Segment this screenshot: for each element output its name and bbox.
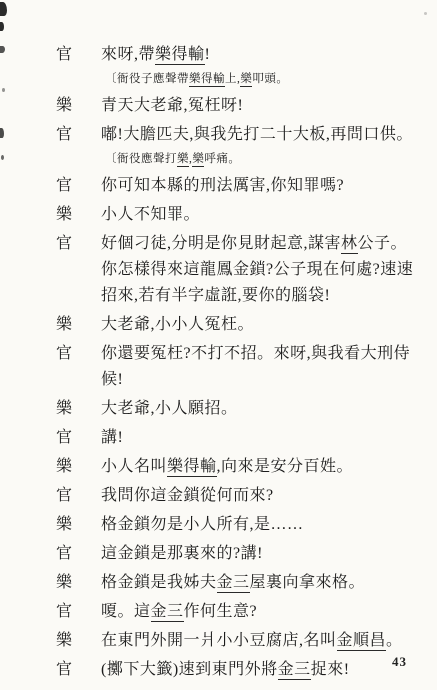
text-segment: ,向來是安分百姓。: [217, 458, 354, 475]
proper-name-underline: 樂得輸: [189, 73, 225, 87]
dialogue-line: 樂小人名叫樂得輸,向來是安分百姓。: [56, 454, 421, 480]
speaker-label: 官: [56, 42, 101, 68]
text-segment: 來呀,帶: [101, 46, 155, 63]
dialogue-text: 大老爺,小小人冤枉。: [101, 312, 421, 338]
text-segment: 小人名叫: [101, 458, 167, 475]
text-segment: 你可知本縣的刑法厲害,你知罪嗎?: [101, 177, 344, 194]
scan-noise: [1, 155, 4, 160]
text-segment: 〔衙役子應聲帶: [105, 73, 189, 85]
text-segment: 嗄。這: [101, 603, 151, 620]
dialogue-line: 樂在東門外開一爿小小豆腐店,名叫金順昌。: [56, 628, 421, 654]
text-segment: 你還要冤枉?不打不招。來呀,與我看大刑侍候!: [101, 345, 410, 388]
text-segment: 上,: [225, 73, 240, 85]
proper-name-underline: 樂: [240, 73, 252, 87]
text-segment: 屋裏向拿來格。: [250, 574, 366, 591]
text-segment: 我問你這金鎖從何而來?: [101, 487, 274, 504]
text-segment: 嘟!大膽匹夫,與我先打二十大板,再問口供。: [101, 126, 413, 143]
speaker-label: 樂: [56, 202, 101, 228]
dialogue-line: 樂青天大老爺,冤枉呀!: [56, 93, 421, 119]
dialogue-text: 小人名叫樂得輸,向來是安分百姓。: [101, 454, 421, 480]
dialogue-text: 講!: [101, 425, 421, 451]
dialogue-text: 青天大老爺,冤枉呀!: [101, 93, 421, 119]
dialogue-line: 官(擲下大籤)速到東門外將金三捉來!: [56, 657, 421, 683]
dialogue-text: 你可知本縣的刑法厲害,你知罪嗎?: [101, 173, 421, 199]
dialogue-line: 官你可知本縣的刑法厲害,你知罪嗎?: [56, 173, 421, 199]
proper-name-underline: 樂得輸: [155, 46, 205, 65]
dialogue-line: 官我問你這金鎖從何而來?: [56, 483, 421, 509]
proper-name-underline: 金三: [217, 574, 250, 593]
text-segment: 在東門外開一爿小小豆腐店,名叫: [101, 632, 337, 649]
speaker-label: 官: [56, 122, 101, 148]
page-number: 43: [392, 654, 407, 670]
text-segment: 。: [386, 632, 403, 649]
dialogue-text: 這金鎖是那裏來的?講!: [101, 541, 421, 567]
proper-name-underline: 樂: [192, 153, 204, 167]
dialogue-text: 格金鎖是我姊夫金三屋裏向拿來格。: [101, 570, 421, 596]
text-segment: 大老爺,小人願招。: [101, 400, 238, 417]
dialogue-line: 官講!: [56, 425, 421, 451]
scan-noise: [0, 22, 4, 31]
stage-direction: 〔衙役應聲打樂,樂呼痛。: [105, 151, 421, 168]
speaker-label: 樂: [56, 454, 101, 480]
proper-name-underline: 樂: [177, 153, 189, 167]
text-segment: 講!: [101, 429, 123, 446]
text-segment: 捉來!: [311, 661, 350, 678]
dialogue-text: 小人不知罪。: [101, 202, 421, 228]
dialogue-line: 官好個刁徒,分明是你見財起意,謀害林公子。你怎樣得來這龍鳳金鎖?公子現在何處?速…: [56, 231, 421, 309]
text-segment: 大老爺,小小人冤枉。: [101, 316, 254, 333]
speaker-label: 樂: [56, 396, 101, 422]
dialogue-line: 官你還要冤枉?不打不招。來呀,與我看大刑侍候!: [56, 341, 421, 393]
dialogue-line: 官嘟!大膽匹夫,與我先打二十大板,再問口供。: [56, 122, 421, 148]
speaker-label: 官: [56, 657, 101, 683]
proper-name-underline: 林: [341, 235, 358, 254]
text-segment: 〔衙役應聲打: [105, 153, 177, 165]
speaker-label: 樂: [56, 93, 101, 119]
scan-noise: [0, 128, 4, 138]
text-segment: 好個刁徒,分明是你見財起意,謀害: [101, 235, 341, 252]
speaker-label: 官: [56, 231, 101, 257]
dialogue-text: 來呀,帶樂得輸!: [101, 42, 421, 68]
stage-direction: 〔衙役子應聲帶樂得輸上,樂叩頭。: [105, 71, 421, 88]
text-segment: 小人不知罪。: [101, 206, 200, 223]
proper-name-underline: 金三: [151, 603, 184, 622]
scan-noise: [2, 88, 5, 92]
speaker-label: 官: [56, 541, 101, 567]
dialogue-text: 大老爺,小人願招。: [101, 396, 421, 422]
dialogue-text: 嘟!大膽匹夫,與我先打二十大板,再問口供。: [101, 122, 421, 148]
text-segment: 作何生意?: [184, 603, 258, 620]
dialogue-line: 樂格金鎖是我姊夫金三屋裏向拿來格。: [56, 570, 421, 596]
speaker-label: 官: [56, 599, 101, 625]
proper-name-underline: 樂得輸: [167, 458, 217, 477]
dialogue-text: 嗄。這金三作何生意?: [101, 599, 421, 625]
speaker-label: 樂: [56, 570, 101, 596]
dialogue-text: 格金鎖勿是小人所有,是……: [101, 512, 421, 538]
speaker-label: 官: [56, 483, 101, 509]
dialogue-line: 樂格金鎖勿是小人所有,是……: [56, 512, 421, 538]
dialogue-line: 樂大老爺,小小人冤枉。: [56, 312, 421, 338]
speaker-label: 官: [56, 425, 101, 451]
dialogue-line: 官來呀,帶樂得輸!: [56, 42, 421, 68]
speaker-label: 樂: [56, 512, 101, 538]
book-page: 官來呀,帶樂得輸!〔衙役子應聲帶樂得輸上,樂叩頭。樂青天大老爺,冤枉呀!官嘟!大…: [0, 0, 437, 690]
dialogue-line: 樂小人不知罪。: [56, 202, 421, 228]
speaker-label: 官: [56, 173, 101, 199]
text-segment: (擲下大籤)速到東門外將: [101, 661, 278, 678]
speaker-label: 樂: [56, 628, 101, 654]
text-segment: 格金鎖是我姊夫: [101, 574, 217, 591]
proper-name-underline: 金順昌: [337, 632, 387, 651]
dialogue-line: 官嗄。這金三作何生意?: [56, 599, 421, 625]
script-dialogue: 官來呀,帶樂得輸!〔衙役子應聲帶樂得輸上,樂叩頭。樂青天大老爺,冤枉呀!官嘟!大…: [56, 42, 421, 686]
scan-noise: [0, 2, 7, 16]
text-segment: 呼痛。: [204, 153, 240, 165]
speaker-label: 樂: [56, 312, 101, 338]
proper-name-underline: 金三: [278, 661, 311, 680]
dialogue-text: 好個刁徒,分明是你見財起意,謀害林公子。你怎樣得來這龍鳳金鎖?公子現在何處?速速…: [101, 231, 421, 309]
text-segment: 這金鎖是那裏來的?講!: [101, 545, 263, 562]
speaker-label: 官: [56, 341, 101, 367]
dialogue-text: 你還要冤枉?不打不招。來呀,與我看大刑侍候!: [101, 341, 421, 393]
dialogue-line: 樂大老爺,小人願招。: [56, 396, 421, 422]
dialogue-text: 在東門外開一爿小小豆腐店,名叫金順昌。: [101, 628, 421, 654]
dialogue-text: 我問你這金鎖從何而來?: [101, 483, 421, 509]
dialogue-text: (擲下大籤)速到東門外將金三捉來!: [101, 657, 421, 683]
scan-noise: [0, 46, 5, 53]
scan-noise: [424, 12, 427, 15]
text-segment: 格金鎖勿是小人所有,是……: [101, 516, 304, 533]
dialogue-line: 官這金鎖是那裏來的?講!: [56, 541, 421, 567]
text-segment: !: [205, 46, 211, 63]
text-segment: 叩頭。: [252, 73, 288, 85]
text-segment: 青天大老爺,冤枉呀!: [101, 97, 243, 114]
